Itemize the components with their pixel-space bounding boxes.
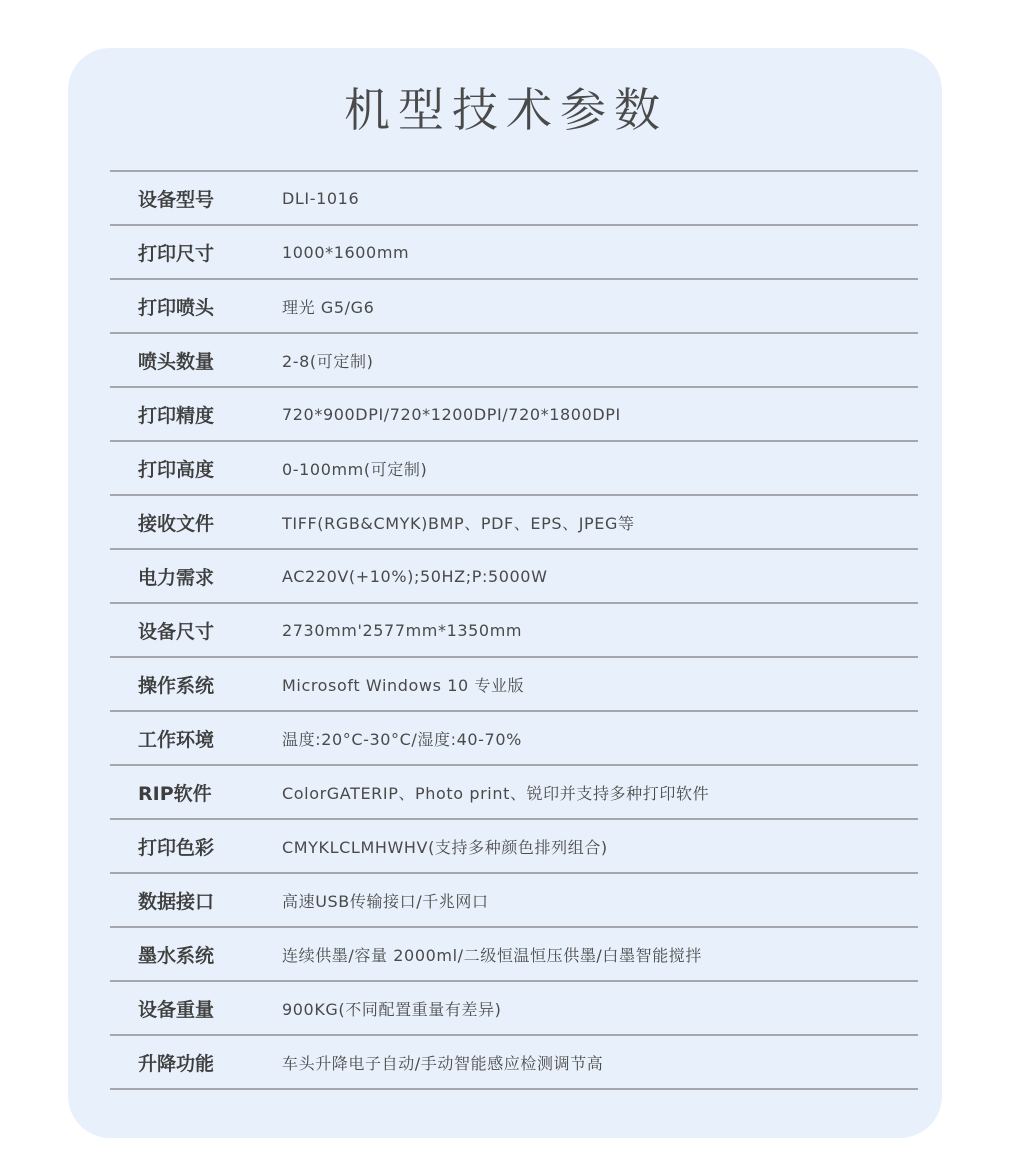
spec-row-lift-function: 升降功能 车头升降电子自动/手动智能感应检测调节高	[110, 1036, 918, 1090]
spec-row-print-head: 打印喷头 理光 G5/G6	[110, 280, 918, 334]
spec-value: Microsoft Windows 10 专业版	[282, 673, 918, 696]
spec-row-file-formats: 接收文件 TIFF(RGB&CMYK)BMP、PDF、EPS、JPEG等	[110, 496, 918, 550]
spec-label: 工作环境	[110, 725, 282, 752]
spec-value: 2730mm'2577mm*1350mm	[282, 621, 918, 640]
page-title: 机型技术参数	[0, 78, 1012, 142]
spec-label: 接收文件	[110, 509, 282, 536]
spec-label: 电力需求	[110, 563, 282, 590]
spec-value: 车头升降电子自动/手动智能感应检测调节高	[282, 1051, 918, 1074]
spec-value: DLI-1016	[282, 189, 918, 208]
spec-label: 打印色彩	[110, 833, 282, 860]
spec-label: 打印尺寸	[110, 239, 282, 266]
spec-label: 喷头数量	[110, 347, 282, 374]
spec-row-os: 操作系统 Microsoft Windows 10 专业版	[110, 658, 918, 712]
spec-value: 高速USB传输接口/千兆网口	[282, 889, 918, 912]
spec-value: 温度:20°C-30°C/湿度:40-70%	[282, 727, 918, 750]
spec-row-data-interface: 数据接口 高速USB传输接口/千兆网口	[110, 874, 918, 928]
spec-value: ColorGATERIP、Photo print、锐印并支持多种打印软件	[282, 781, 918, 804]
spec-label: 设备尺寸	[110, 617, 282, 644]
spec-row-model: 设备型号 DLI-1016	[110, 172, 918, 226]
spec-label: 数据接口	[110, 887, 282, 914]
spec-value: 2-8(可定制)	[282, 349, 918, 372]
spec-row-head-count: 喷头数量 2-8(可定制)	[110, 334, 918, 388]
spec-label: 操作系统	[110, 671, 282, 698]
spec-label: 设备重量	[110, 995, 282, 1022]
spec-value: 720*900DPI/720*1200DPI/720*1800DPI	[282, 405, 918, 424]
spec-label: 打印喷头	[110, 293, 282, 320]
spec-label: 设备型号	[110, 185, 282, 212]
spec-label: RIP软件	[110, 779, 282, 806]
spec-value: 900KG(不同配置重量有差异)	[282, 997, 918, 1020]
spec-value: CMYKLCLMHWHV(支持多种颜色排列组合)	[282, 835, 918, 858]
spec-value: 1000*1600mm	[282, 243, 918, 262]
spec-row-power: 电力需求 AC220V(+10%);50HZ;P:5000W	[110, 550, 918, 604]
spec-value: 理光 G5/G6	[282, 295, 918, 318]
spec-label: 打印精度	[110, 401, 282, 428]
spec-label: 升降功能	[110, 1049, 282, 1076]
spec-row-print-height: 打印高度 0-100mm(可定制)	[110, 442, 918, 496]
spec-row-print-size: 打印尺寸 1000*1600mm	[110, 226, 918, 280]
spec-row-rip-software: RIP软件 ColorGATERIP、Photo print、锐印并支持多种打印…	[110, 766, 918, 820]
spec-row-machine-size: 设备尺寸 2730mm'2577mm*1350mm	[110, 604, 918, 658]
spec-value: 连续供墨/容量 2000ml/二级恒温恒压供墨/白墨智能搅拌	[282, 943, 918, 966]
spec-value: TIFF(RGB&CMYK)BMP、PDF、EPS、JPEG等	[282, 511, 918, 534]
spec-row-resolution: 打印精度 720*900DPI/720*1200DPI/720*1800DPI	[110, 388, 918, 442]
spec-row-environment: 工作环境 温度:20°C-30°C/湿度:40-70%	[110, 712, 918, 766]
spec-label: 墨水系统	[110, 941, 282, 968]
spec-value: AC220V(+10%);50HZ;P:5000W	[282, 567, 918, 586]
spec-row-print-colors: 打印色彩 CMYKLCLMHWHV(支持多种颜色排列组合)	[110, 820, 918, 874]
spec-table: 设备型号 DLI-1016 打印尺寸 1000*1600mm 打印喷头 理光 G…	[110, 170, 918, 1090]
spec-value: 0-100mm(可定制)	[282, 457, 918, 480]
spec-row-ink-system: 墨水系统 连续供墨/容量 2000ml/二级恒温恒压供墨/白墨智能搅拌	[110, 928, 918, 982]
spec-label: 打印高度	[110, 455, 282, 482]
spec-row-weight: 设备重量 900KG(不同配置重量有差异)	[110, 982, 918, 1036]
